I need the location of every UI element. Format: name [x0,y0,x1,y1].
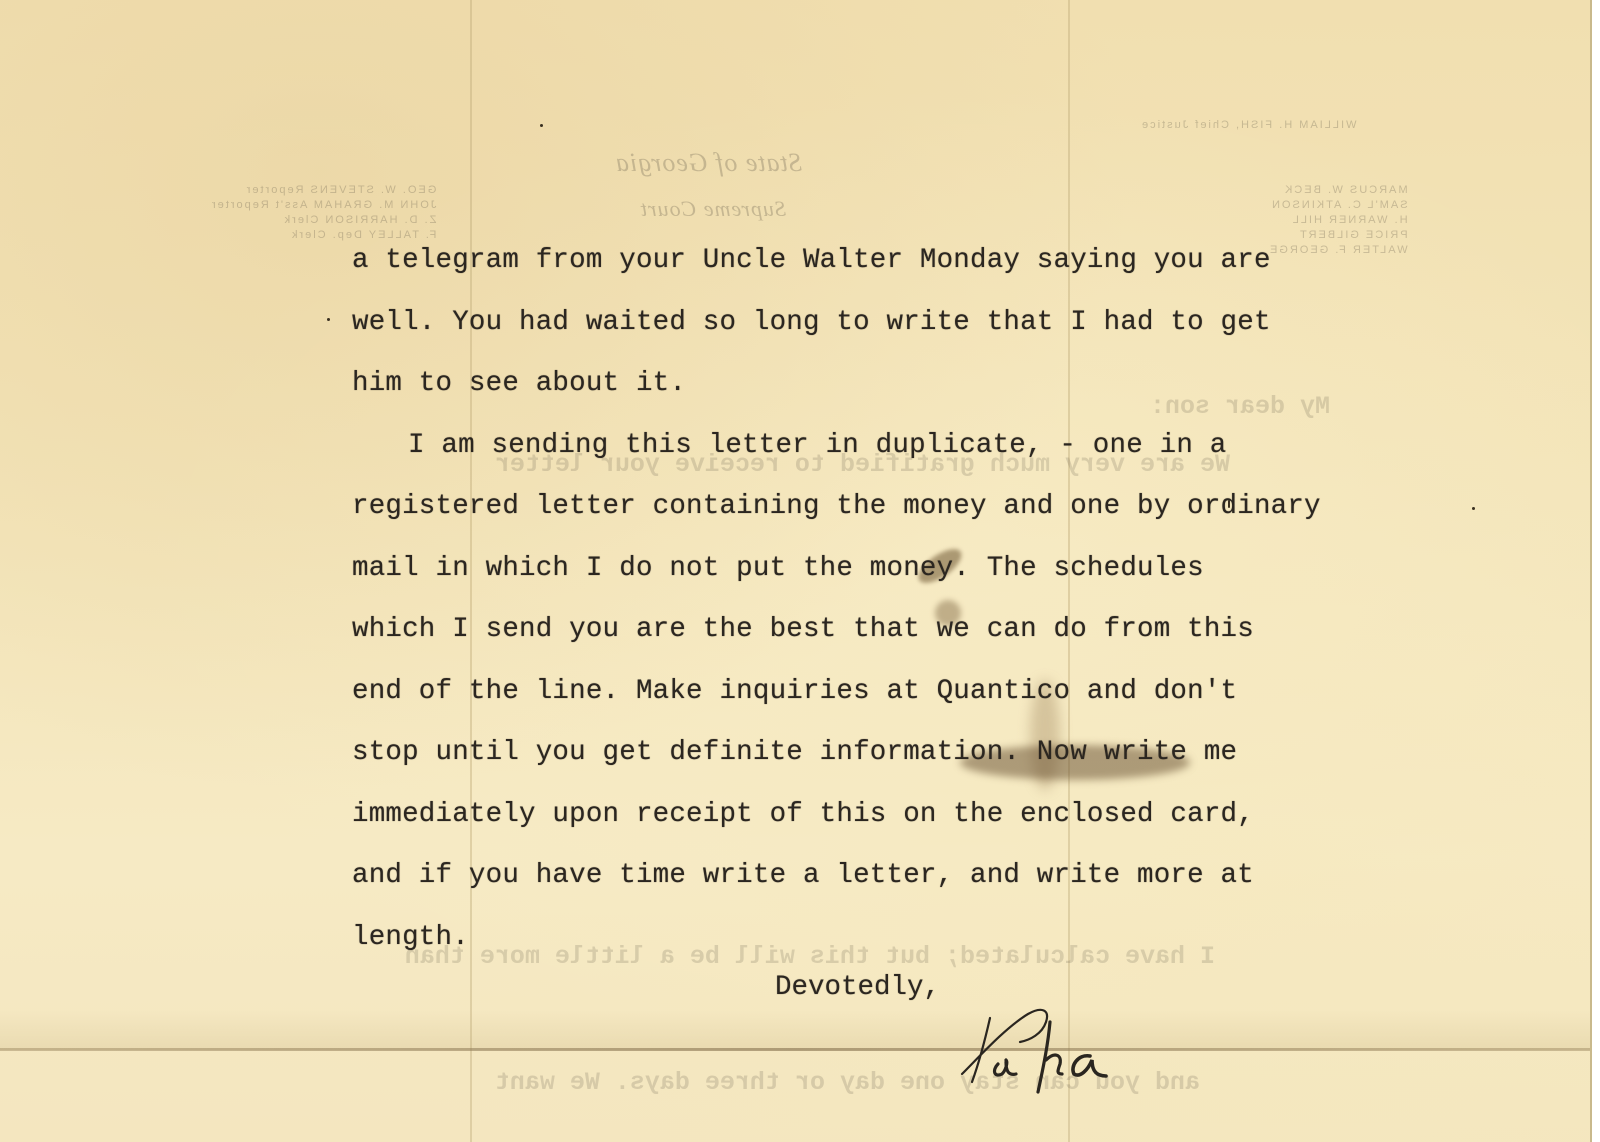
letterhead-title-showthrough: State of Georgia [615,148,802,178]
officer-line: JOHN M. GRAHAM Ass't Reporter [210,198,436,213]
paper-speck [540,124,543,127]
body-line: mail in which I do not put the money. Th… [352,538,1412,600]
body-line: end of the line. Make inquiries at Quant… [352,661,1412,723]
body-line: him to see about it. [352,353,1412,415]
body-line: registered letter containing the money a… [352,476,1412,538]
body-line: well. You had waited so long to write th… [352,292,1412,354]
body-line: a telegram from your Uncle Walter Monday… [352,230,1412,292]
letter-closing: Devotedly, [775,972,940,1003]
body-line: immediately upon receipt of this on the … [352,784,1412,846]
body-line: and if you have time write a letter, and… [352,845,1412,907]
letter-body: a telegram from your Uncle Walter Monday… [352,230,1412,968]
justice-line: H. WARNER HILL [1268,213,1408,228]
body-line: stop until you get definite information.… [352,722,1412,784]
letterhead-chief-justice-showthrough: WILLIAM H. FISH, Chief Justice [1140,118,1356,133]
body-line: length. [352,907,1412,969]
justice-line: MARCUS W. BECK [1268,183,1408,198]
handwritten-signature-papa [950,1000,1130,1110]
officer-line: Z. D. HARRISON Clerk [210,213,436,228]
justice-line: SAM'L C. ATKINSON [1268,198,1408,213]
paper-speck [1472,507,1475,510]
paper-speck [327,318,330,321]
body-line: which I send you are the best that we ca… [352,599,1412,661]
officer-line: GEO. W. STEVENS Reporter [210,183,436,198]
letterhead-subtitle-showthrough: Supreme Court [640,196,786,222]
letter-page: State of Georgia Supreme Court WILLIAM H… [0,0,1592,1142]
body-line-paragraph-start: I am sending this letter in duplicate, -… [352,415,1412,477]
horizontal-fold-shadow [0,1010,1592,1050]
horizontal-fold-line [0,1048,1592,1051]
